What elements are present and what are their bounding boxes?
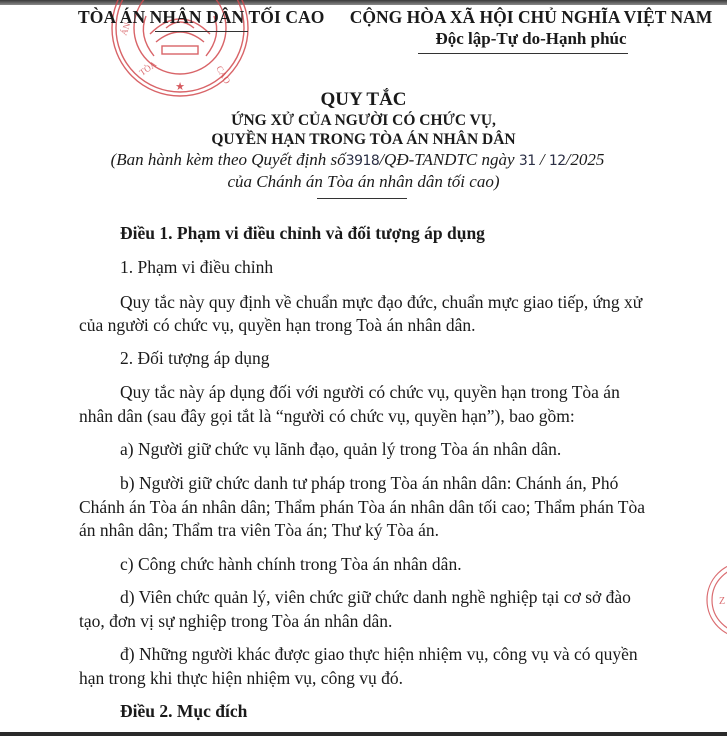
national-motto: Độc lập-Tự do-Hạnh phúc	[346, 29, 716, 49]
top-edge-bar	[0, 0, 727, 5]
issue-month: 12	[549, 153, 566, 169]
issuance-note-line2: của Chánh án Tòa án nhân dân tối cao)	[0, 172, 727, 192]
item-b-line1: b) Người giữ chức danh tư pháp trong Tòa…	[79, 470, 720, 496]
title-divider	[317, 198, 407, 199]
item-c: c) Công chức hành chính trong Tòa án nhâ…	[79, 551, 720, 577]
article-1-heading: Điều 1. Phạm vi điều chỉnh và đối tượng …	[79, 220, 720, 246]
item-d-line2: tạo, đơn vị sự nghiệp trong Tòa án nhân …	[79, 608, 679, 634]
scope-text-line2: của người có chức vụ, quyền hạn trong To…	[79, 312, 679, 338]
issue-year: /2025	[566, 150, 605, 169]
subjects-text-line2: nhân dân (sau đây gọi tắt là “người có c…	[79, 403, 679, 429]
item-b-line3: án nhân dân; Thẩm tra viên Tòa án; Thư k…	[79, 517, 679, 543]
article-2-heading: Điều 2. Mục đích	[79, 698, 720, 724]
document-subtitle-line1: ỨNG XỬ CỦA NGƯỜI CÓ CHỨC VỤ,	[0, 112, 727, 130]
subjects-text-line1: Quy tắc này áp dụng đối với người có chứ…	[79, 379, 720, 405]
document-subtitle-line2: QUYỀN HẠN TRONG TÒA ÁN NHÂN DÂN	[0, 131, 727, 149]
national-title: CỘNG HÒA XÃ HỘI CHỦ NGHĨA VIỆT NAM	[346, 7, 716, 28]
issuance-prefix: (Ban hành kèm theo Quyết định số	[111, 150, 346, 169]
item-a: a) Người giữ chức vụ lãnh đạo, quản lý t…	[79, 436, 720, 462]
agency-underline	[155, 31, 248, 32]
issue-day: 31	[519, 153, 536, 169]
document-title: QUY TẮC	[0, 89, 727, 111]
svg-text:TÒA: TÒA	[137, 59, 158, 78]
motto-underline	[418, 53, 628, 54]
item-dd-line2: hạn trong khi thực hiện nhiệm vụ, công v…	[79, 665, 679, 691]
issuing-agency: TÒA ÁN NHÂN DÂN TỐI CAO	[78, 7, 325, 28]
item-d-line1: d) Viên chức quản lý, viên chức giữ chức…	[79, 584, 720, 610]
svg-text:CAO: CAO	[214, 64, 232, 86]
issuance-mid: /QĐ-TANDTC ngày	[379, 150, 514, 169]
date-separator: /	[536, 150, 549, 169]
decision-number: 3918	[346, 153, 380, 169]
scope-heading: 1. Phạm vi điều chỉnh	[79, 254, 720, 280]
bottom-edge-bar	[0, 732, 727, 736]
issuance-note-line1: (Ban hành kèm theo Quyết định số3918/QĐ-…	[0, 150, 721, 170]
subjects-heading: 2. Đối tượng áp dụng	[79, 345, 720, 371]
item-dd-line1: đ) Những người khác được giao thực hiện …	[79, 641, 720, 667]
